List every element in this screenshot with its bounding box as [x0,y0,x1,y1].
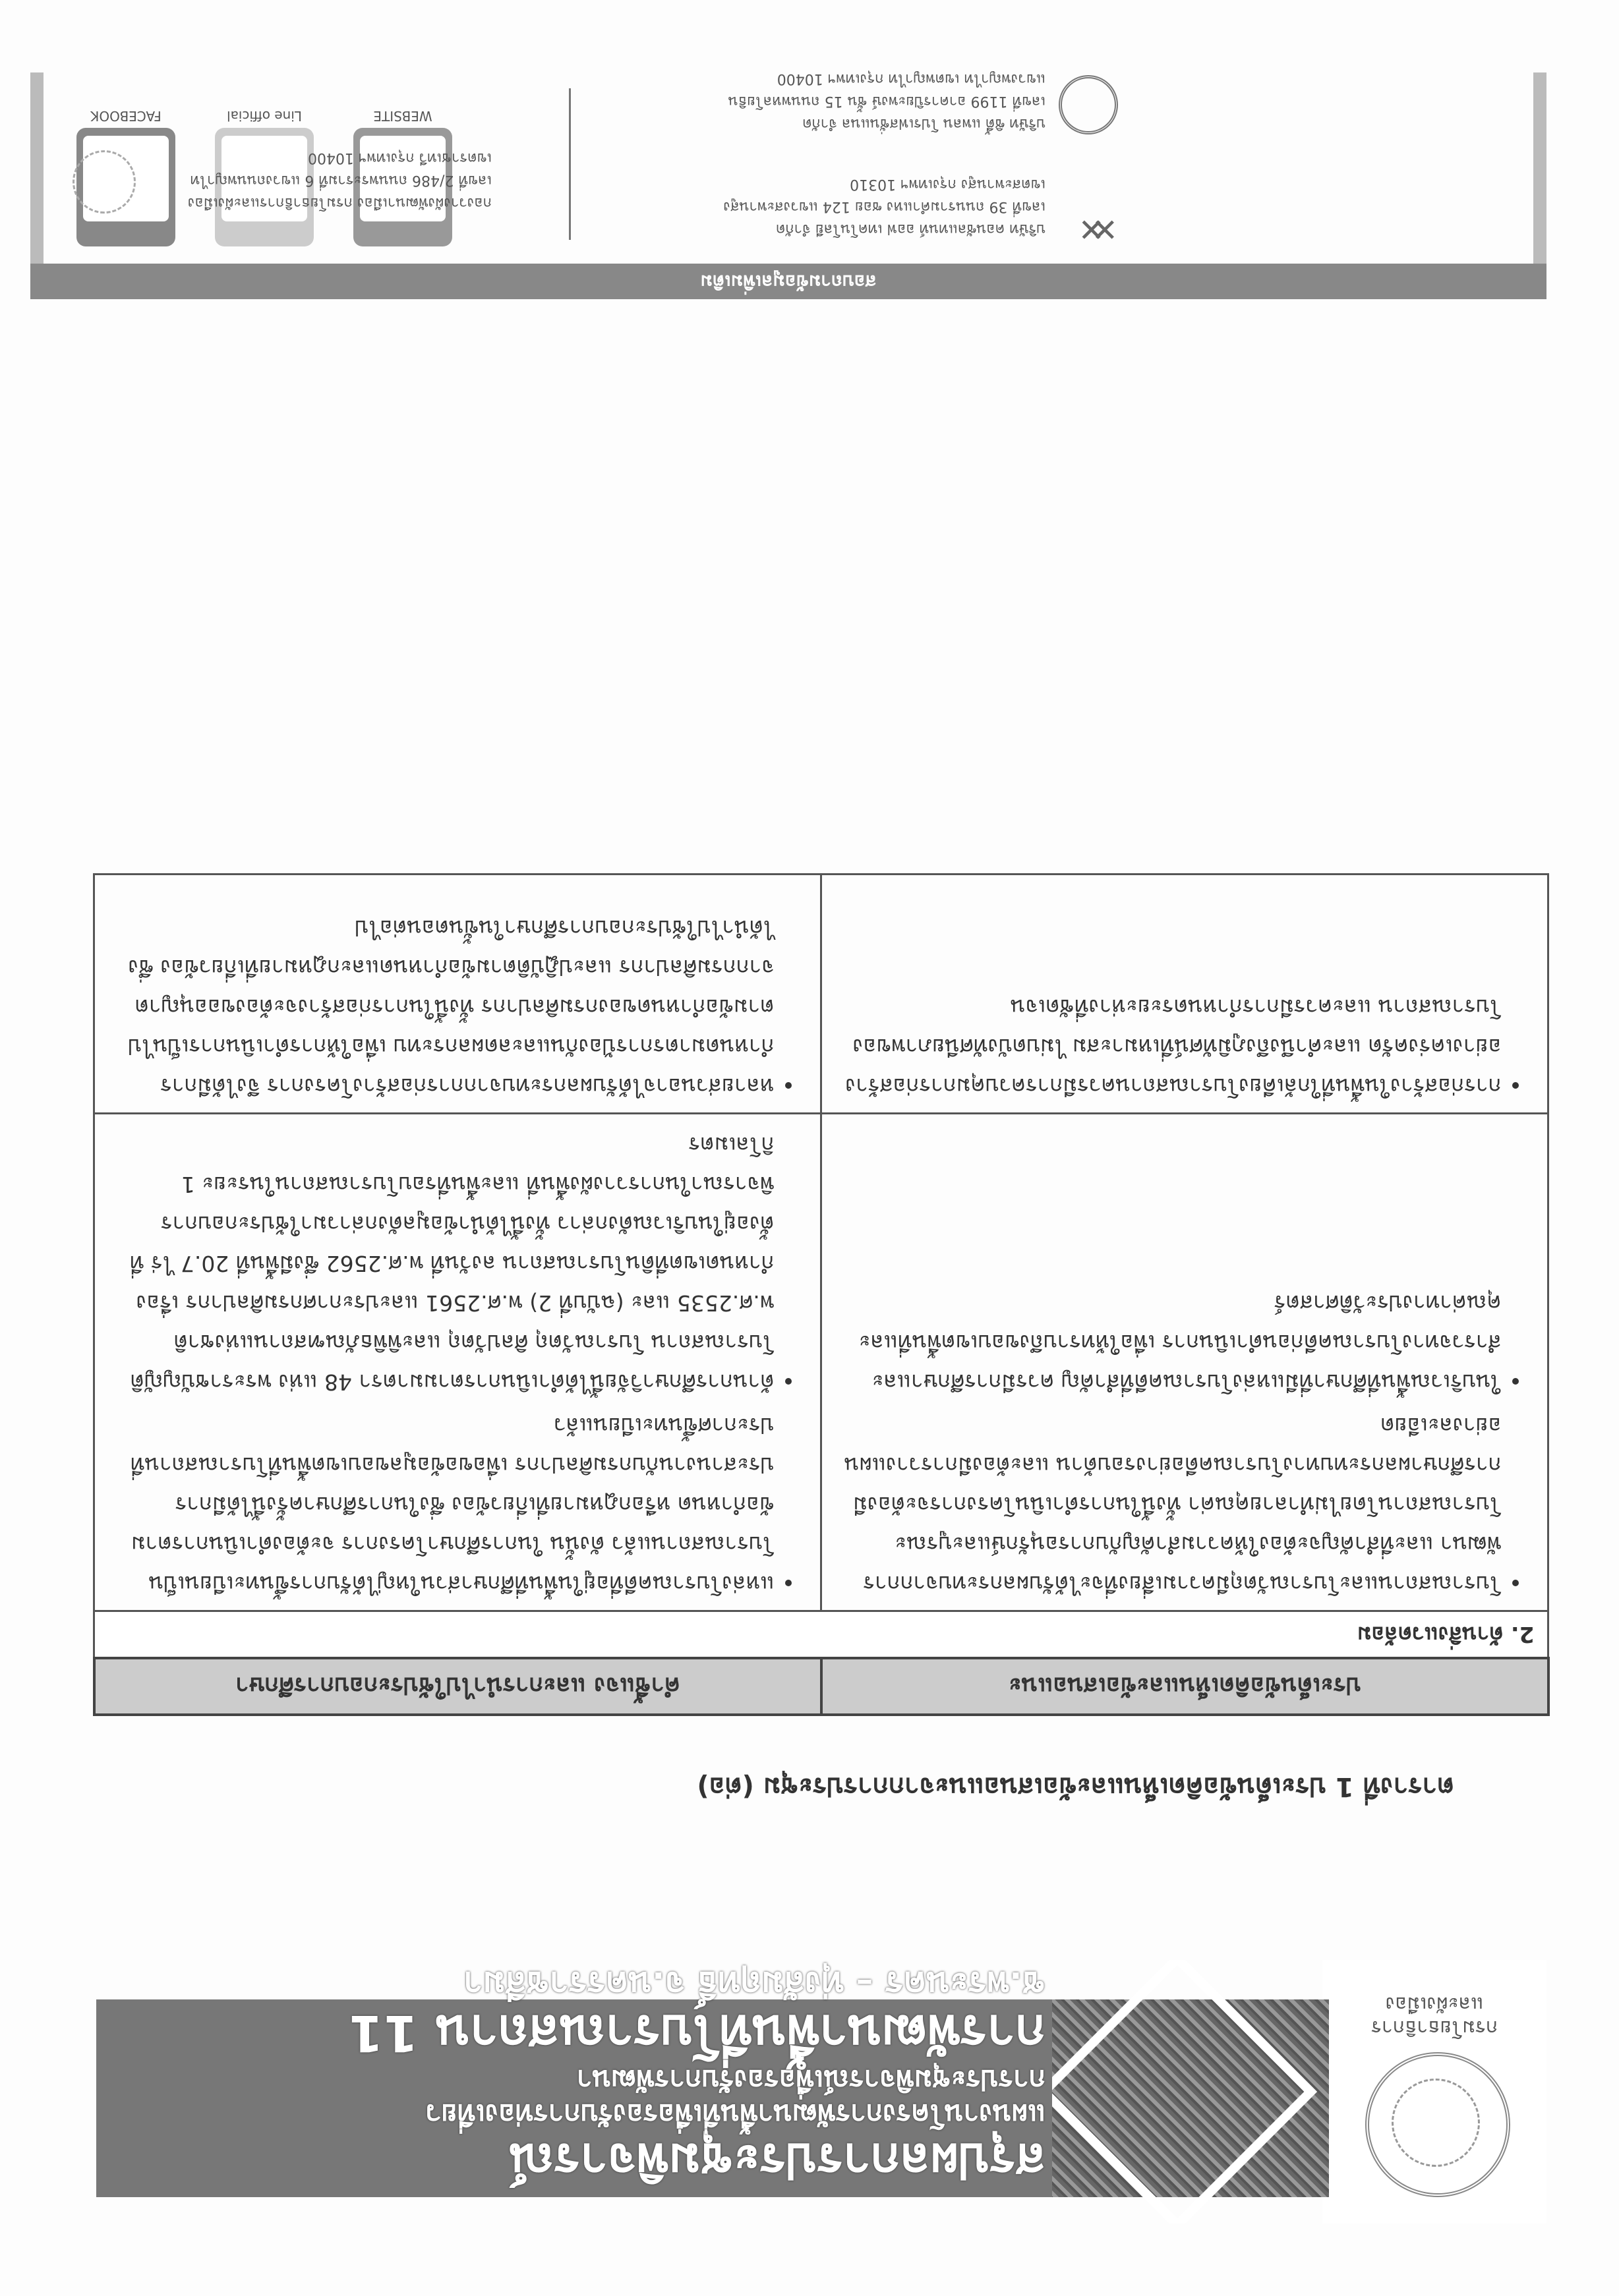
bullet-item: หลายส่วนอาจได้รับผลกระทบจากการก่อสร้างโค… [113,908,775,1106]
response-cell: แหล่งโบราณคดีที่อยู่ในพื้นที่ศึกษาส่วนให… [94,1114,821,1611]
cot-logo-icon [1059,181,1118,240]
table-row: โบราณสถานและโบราณวัตถุมีความเสี่ยงที่จะไ… [94,1114,1548,1611]
table-caption: ตารางที่ 1 ประเด็นข้อคิดเห็นและข้อเสนอแน… [268,1766,1454,1808]
scanned-page: กรมโยธาธิการ และผังเมือง สรุปผลการประชุม… [0,0,1619,2296]
agency-seal-small-icon [73,150,136,214]
footer-divider [569,88,571,240]
org-consultant-of-technology: บริษัท คอนซัลแทนท์ ออฟ เทคโนโลยี จำกัด เ… [637,173,1045,240]
org-department: กองวางผังพัฒนาเมือง กรมโยธาธิการและผังเม… [149,146,492,214]
org-city-plan: บริษัท ซิตี้ แพลน โปรเฟสชั่นแนล จำกัด เล… [637,67,1045,134]
comment-cell: การก่อสร้างในพื้นที่ใกล้เคียงโบราณสถานคว… [821,875,1548,1114]
response-cell: หลายส่วนอาจได้รับผลกระทบจากการก่อสร้างโค… [94,875,821,1114]
agency-logo-block: กรมโยธาธิการ และผังเมือง [1322,1960,1546,2224]
agency-name: กรมโยธาธิการ และผังเมือง [1329,1992,1540,2039]
bullet-item: การก่อสร้างในพื้นที่ใกล้เคียงโบราณสถานคว… [840,987,1502,1106]
city-plan-logo-icon [1059,75,1118,134]
agency-seal-icon [1365,2052,1510,2197]
bullet-item: โบราณสถานและโบราณวัตถุมีความเสี่ยงที่จะไ… [840,1406,1502,1603]
comments-table: ประเด็นข้อคิดเห็นและข้อเสนอแนะ คำชี้แจง … [93,873,1550,1716]
section-heading: 2. ด้านสิ่งแวดล้อม [94,1611,1548,1659]
bullet-item: ด้านการศึกษาวิจัยนี้ได้ดำเนินการตามมาตรา… [113,1125,775,1402]
comment-cell: โบราณสถานและโบราณวัตถุมีความเสี่ยงที่จะไ… [821,1114,1548,1611]
contact-footer: สอบถามข้อมูลเพิ่มเติม WEBSITE Line offic… [30,62,1546,299]
footer-band: สอบถามข้อมูลเพิ่มเติม [30,264,1546,299]
column-header-responses: คำชี้แจง และการนำไปใช้ประกอบการศึกษา [94,1658,821,1715]
bullet-item: ในบริเวณพื้นที่ศึกษาที่มีแหล่งโบราณคดีที… [840,1283,1502,1402]
banner-title: สรุปผลการประชุมพิจารณ์ แผนงานโครงการพัฒน… [109,1964,1045,2191]
report-banner: กรมโยธาธิการ และผังเมือง สรุปผลการประชุม… [96,1960,1546,2224]
banner-photo [1052,1960,1329,2224]
bullet-item: แหล่งโบราณคดีที่อยู่ในพื้นที่ศึกษาส่วนให… [113,1406,775,1603]
table-row: การก่อสร้างในพื้นที่ใกล้เคียงโบราณสถานคว… [94,875,1548,1114]
column-header-comments: ประเด็นข้อคิดเห็นและข้อเสนอแนะ [821,1658,1548,1715]
